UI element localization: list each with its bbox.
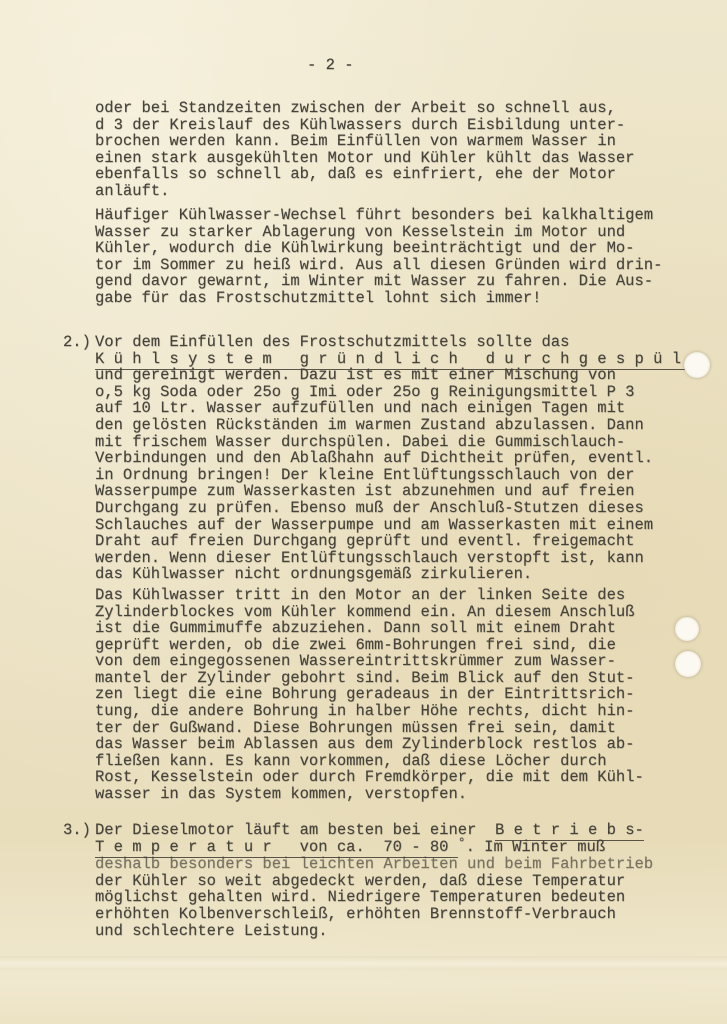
item-3-body: Der Dieselmotor läuft am besten bei eine… xyxy=(95,822,653,939)
paragraph-kuehlwasser-wechsel: Häufiger Kühlwasser-Wechsel führt besond… xyxy=(95,207,662,307)
item-2-second-paragraph: Das Kühlwasser tritt in den Motor an der… xyxy=(95,587,700,803)
degree-symbol: ° xyxy=(458,835,466,852)
item-2-number: 2.) xyxy=(63,334,91,351)
hole-punch xyxy=(684,352,710,378)
item-3-line-1-plain: Der Dieselmotor läuft am besten bei eine… xyxy=(95,821,495,839)
item-3-line-3: deshalb besonders bei leichten Arbeiten … xyxy=(95,856,653,873)
hole-punch xyxy=(675,617,699,641)
numbered-item-2: 2.) Vor dem Einfüllen des Frostschutzmit… xyxy=(63,334,700,803)
page-number: - 2 - xyxy=(307,57,354,74)
hole-punch xyxy=(675,651,701,677)
item-3-line-2: T e m p e r a t u r von ca. 70 - 80 °. I… xyxy=(95,839,653,857)
item-2-heading-line: K ü h l s y s t e m g r ü n d l i c h d … xyxy=(95,351,700,368)
item-3-text: der Kühler so weit abgedeckt werden, daß… xyxy=(95,873,653,939)
item-3-line-1: Der Dieselmotor läuft am besten bei eine… xyxy=(95,822,653,839)
item-3-number: 3.) xyxy=(63,822,91,839)
item-2-line-1: Vor dem Einfüllen des Frostschutzmittels… xyxy=(95,334,700,351)
numbered-item-3: 3.) Der Dieselmotor läuft am besten bei … xyxy=(63,822,653,939)
scanned-document-page: - 2 - oder bei Standzeiten zwischen der … xyxy=(0,0,727,1024)
paragraph-intro-continuation: oder bei Standzeiten zwischen der Arbeit… xyxy=(95,100,635,200)
item-2-body: Vor dem Einfüllen des Frostschutzmittels… xyxy=(95,334,700,803)
item-3-line-2-plain: . Im Winter muß xyxy=(466,838,606,856)
item-2-text: und gereinigt werden. Dazu ist es mit ei… xyxy=(95,367,700,583)
